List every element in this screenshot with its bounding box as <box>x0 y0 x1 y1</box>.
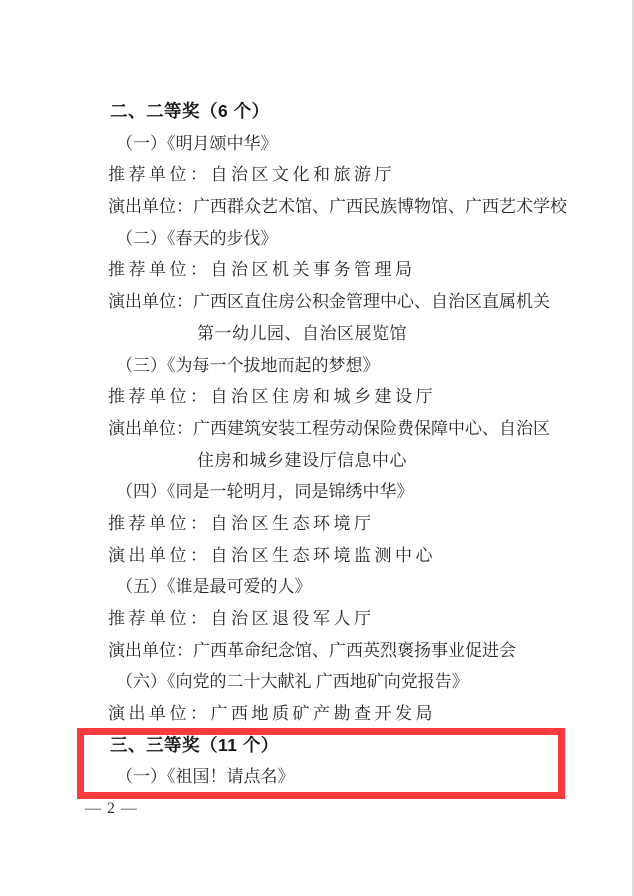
scanned-document-page: 二、二等奖（6 个）（一）《明月颂中华》推荐单位：自治区文化和旅游厅演出单位：广… <box>0 0 634 896</box>
document-line: 推荐单位：自治区退役军人厅 <box>108 603 634 635</box>
document-line: 演出单位：广西建筑安装工程劳动保险费保障中心、自治区 <box>108 413 634 445</box>
document-line: 推荐单位：自治区生态环境厅 <box>108 508 634 540</box>
document-line: 推荐单位：自治区机关事务管理局 <box>108 254 634 286</box>
document-line: （四）《同是一轮明月，同是锦绣中华》 <box>116 476 634 508</box>
document-line: （三）《为每一个拔地而起的梦想》 <box>116 350 634 382</box>
document-line: （六）《向党的二十大献礼 广西地矿向党报告》 <box>116 666 634 698</box>
document-line: 演出单位：广西区直住房公积金管理中心、自治区直属机关 <box>108 286 634 318</box>
document-line: 演出单位：广西革命纪念馆、广西英烈褒扬事业促进会 <box>108 635 634 667</box>
document-line: 演出单位：广西地质矿产勘查开发局 <box>108 698 634 730</box>
document-line: 推荐单位：自治区住房和城乡建设厅 <box>108 381 634 413</box>
document-line: （一）《明月颂中华》 <box>116 128 634 160</box>
page-number: — 2 — <box>85 800 138 818</box>
document-line: （五）《谁是最可爱的人》 <box>116 571 634 603</box>
document-line: 演出单位：广西群众艺术馆、广西民族博物馆、广西艺术学校 <box>108 191 634 223</box>
section-heading: 二、二等奖（6 个） <box>110 96 634 128</box>
document-body: 二、二等奖（6 个）（一）《明月颂中华》推荐单位：自治区文化和旅游厅演出单位：广… <box>0 96 634 793</box>
section-heading: 三、三等奖（11 个） <box>110 730 634 762</box>
document-line: 第一幼儿园、自治区展览馆 <box>197 318 634 350</box>
document-line: 推荐单位：自治区文化和旅游厅 <box>108 159 634 191</box>
document-line: 演出单位：自治区生态环境监测中心 <box>108 540 634 572</box>
document-line: 住房和城乡建设厅信息中心 <box>197 445 634 477</box>
document-line: （二）《春天的步伐》 <box>116 223 634 255</box>
document-line: （一）《祖国！请点名》 <box>116 761 634 793</box>
